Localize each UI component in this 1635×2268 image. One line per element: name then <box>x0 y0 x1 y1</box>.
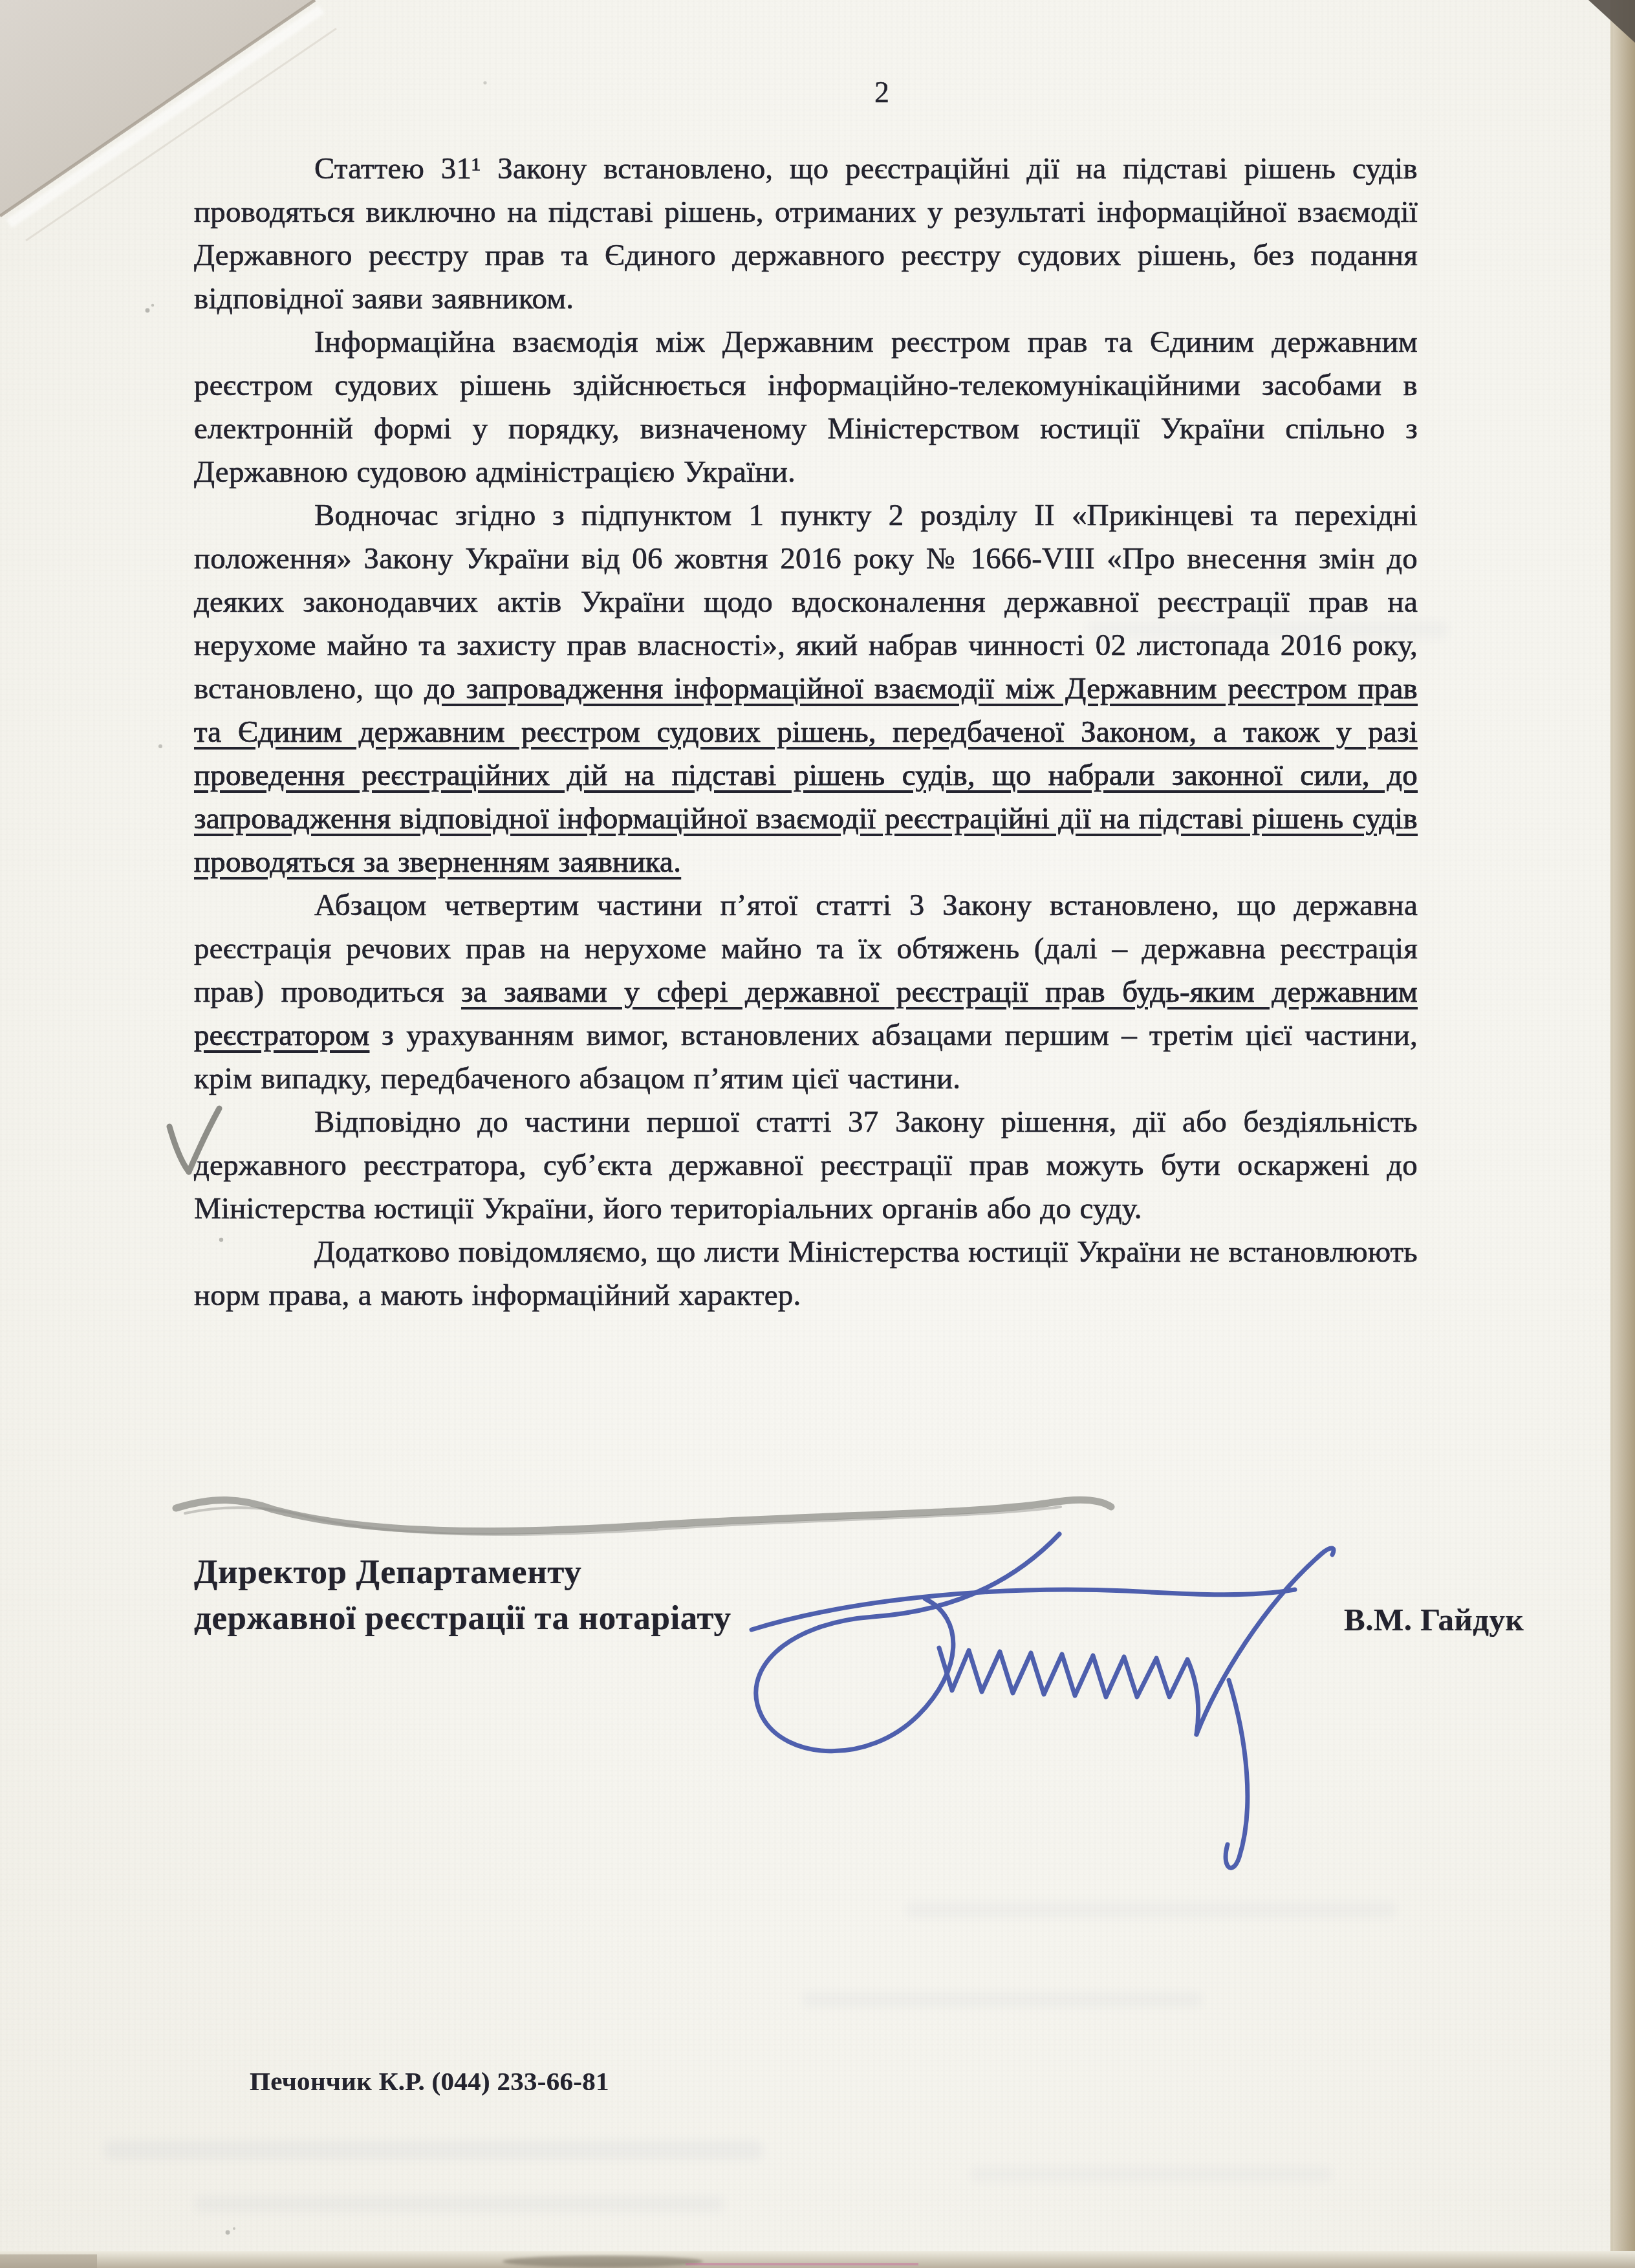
paragraph: Статтею 31¹ Закону встановлено, що реєст… <box>194 147 1418 321</box>
text-segment: з урахуванням вимог, встановлених абзаца… <box>194 1019 1418 1096</box>
paragraph: Відповідно до частини першої статті 37 З… <box>194 1101 1418 1231</box>
paragraph: Інформаційна взаємодія між Державним реє… <box>194 321 1418 494</box>
bleed-through-artifact <box>970 2166 1332 2182</box>
bleed-through-artifact <box>802 1992 1203 2007</box>
paragraph: Абзацом четвертим частини п’ятої статті … <box>194 884 1418 1101</box>
signoff-title: Директор Департаменту державної реєстрац… <box>194 1550 1099 1641</box>
pencil-underline-stroke <box>176 1500 1111 1535</box>
bleed-through-artifact <box>905 1901 1397 1918</box>
text-segment: Інформаційна взаємодія між Державним реє… <box>194 325 1418 489</box>
bleed-through-artifact <box>194 2196 724 2212</box>
scanner-edge-right <box>1588 0 1635 2268</box>
page-number: 2 <box>874 75 889 109</box>
document-body: Статтею 31¹ Закону встановлено, що реєст… <box>194 147 1418 1317</box>
text-segment: Статтею 31¹ Закону встановлено, що реєст… <box>194 152 1418 316</box>
paragraph: Водночас згідно з підпунктом 1 пункту 2 … <box>194 494 1418 884</box>
footer-contact: Печончик К.Р. (044) 233-66-81 <box>250 2066 609 2097</box>
bleed-through-artifact <box>103 2141 763 2160</box>
text-segment: Додатково повідомляємо, що листи Міністе… <box>194 1235 1418 1312</box>
paragraph: Додатково повідомляємо, що листи Міністе… <box>194 1231 1418 1317</box>
signoff-title-line1: Директор Департаменту <box>194 1550 1099 1595</box>
scanner-edge-bottom <box>0 2251 1635 2268</box>
signoff-title-line2: державної реєстрації та нотаріату <box>194 1595 1099 1641</box>
signoff-name: В.М. Гайдук <box>1344 1601 1524 1638</box>
scanned-letter-page: 2 Статтею 31¹ Закону встановлено, що реє… <box>0 0 1635 2268</box>
text-segment: Відповідно до частини першої статті 37 З… <box>194 1105 1418 1226</box>
